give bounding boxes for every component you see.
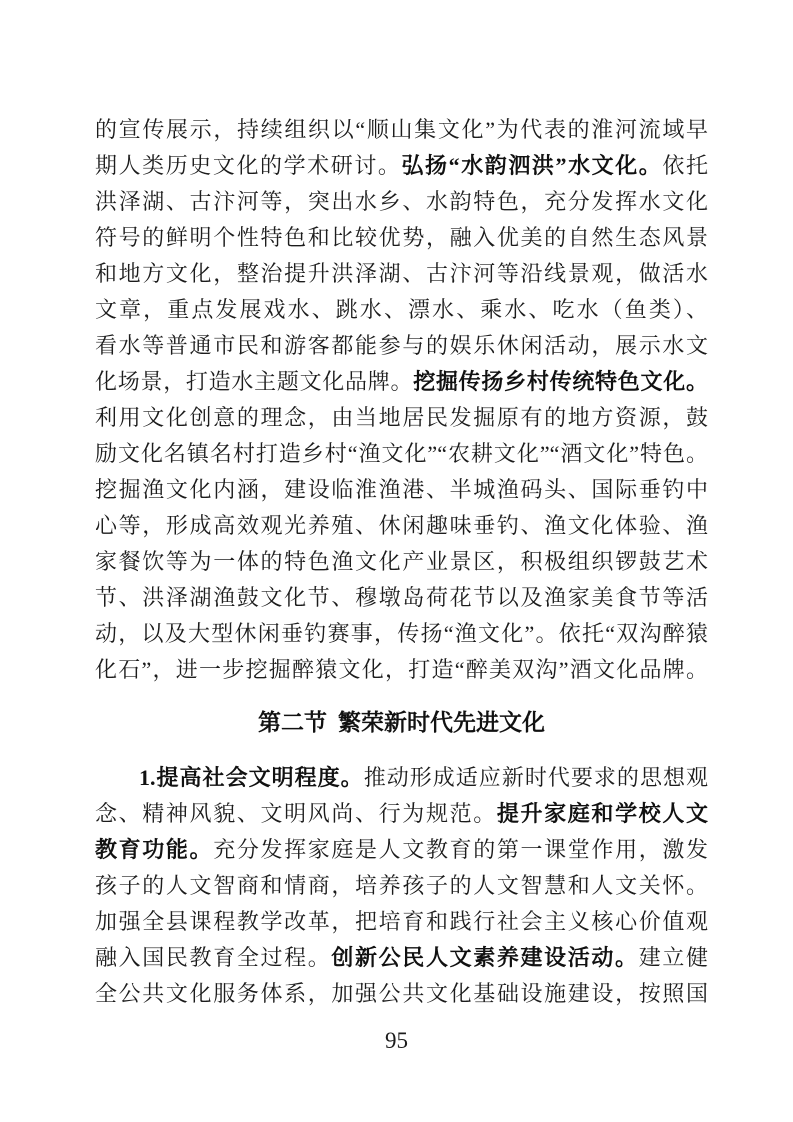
text-line: 加强全县课程教学改革，把培育和践行社会主义核心价值观 [95, 904, 708, 940]
text-run: 化场景，打造水主题文化品牌。 [95, 369, 413, 394]
paragraph-civilization: 1.提高社会文明程度。推动形成适应新时代要求的思想观念、精神风貌、文明风尚、行为… [95, 760, 708, 1012]
text-line: 文章，重点发展戏水、跳水、漂水、乘水、吃水（鱼类）、 [95, 292, 708, 328]
text-line: 心等，形成高效观光养殖、休闲趣味垂钓、渔文化体验、渔 [95, 508, 708, 544]
text-run: 依托 [662, 153, 708, 178]
text-line: 1.提高社会文明程度。推动形成适应新时代要求的思想观 [95, 760, 708, 796]
text-line: 利用文化创意的理念，由当地居民发掘原有的地方资源，鼓 [95, 400, 708, 436]
section-title: 繁荣新时代先进文化 [338, 710, 545, 735]
text-run: 的宣传展示，持续组织以“顺山集文化”为代表的淮河流域早 [95, 117, 708, 142]
text-line: 化场景，打造水主题文化品牌。挖掘传扬乡村传统特色文化。 [95, 364, 708, 400]
document-page: 的宣传展示，持续组织以“顺山集文化”为代表的淮河流域早期人类历史文化的学术研讨。… [0, 0, 793, 1122]
text-run: 加强全县课程教学改革，把培育和践行社会主义核心价值观 [95, 909, 708, 934]
text-line: 孩子的人文智商和情商，培养孩子的人文智慧和人文关怀。 [95, 868, 708, 904]
text-line: 符号的鲜明个性特色和比较优势，融入优美的自然生态风景 [95, 220, 708, 256]
text-line: 化石”，进一步挖掘醉猿文化，打造“醉美双沟”酒文化品牌。 [95, 652, 708, 688]
emphasis-run: 1.提高社会文明程度。 [139, 765, 364, 790]
text-line: 教育功能。充分发挥家庭是人文教育的第一课堂作用，激发 [95, 832, 708, 868]
emphasis-run: 挖掘传扬乡村传统特色文化。 [413, 369, 708, 394]
text-run: 家餐饮等为一体的特色渔文化产业景区，积极组织锣鼓艺术 [95, 549, 708, 574]
paragraph-water-culture: 的宣传展示，持续组织以“顺山集文化”为代表的淮河流域早期人类历史文化的学术研讨。… [95, 112, 708, 688]
emphasis-run: 创新公民人文素养建设活动。 [331, 945, 638, 970]
text-run: 孩子的人文智商和情商，培养孩子的人文智慧和人文关怀。 [95, 873, 708, 898]
text-run: 推动形成适应新时代要求的思想观 [364, 765, 708, 790]
text-line: 看水等普通市民和游客都能参与的娱乐休闲活动，展示水文 [95, 328, 708, 364]
text-run: 和地方文化，整治提升洪泽湖、古汴河等沿线景观，做活水 [95, 261, 708, 286]
section-label: 第二节 [258, 710, 327, 735]
text-run: 建立健 [639, 945, 708, 970]
page-body: 的宣传展示，持续组织以“顺山集文化”为代表的淮河流域早期人类历史文化的学术研讨。… [95, 112, 708, 1012]
text-line: 念、精神风貌、文明风尚、行为规范。提升家庭和学校人文 [95, 796, 708, 832]
text-run: 融入国民教育全过程。 [95, 945, 331, 970]
text-run: 利用文化创意的理念，由当地居民发掘原有的地方资源，鼓 [95, 405, 708, 430]
text-run: 全公共文化服务体系，加强公共文化基础设施建设，按照国 [95, 981, 708, 1006]
text-run: 挖掘渔文化内涵，建设临淮渔港、半城渔码头、国际垂钓中 [95, 477, 708, 502]
text-line: 全公共文化服务体系，加强公共文化基础设施建设，按照国 [95, 976, 708, 1012]
text-run: 化石”，进一步挖掘醉猿文化，打造“醉美双沟”酒文化品牌。 [95, 657, 708, 682]
text-run: 看水等普通市民和游客都能参与的娱乐休闲活动，展示水文 [95, 333, 708, 358]
text-run: 文章，重点发展戏水、跳水、漂水、乘水、吃水（鱼类）、 [95, 297, 708, 322]
text-line: 励文化名镇名村打造乡村“渔文化”“农耕文化”“酒文化”特色。 [95, 436, 708, 472]
section-heading: 第二节繁荣新时代先进文化 [95, 705, 708, 741]
emphasis-run: 提升家庭和学校人文 [497, 801, 708, 826]
text-run: 心等，形成高效观光养殖、休闲趣味垂钓、渔文化体验、渔 [95, 513, 708, 538]
text-run: 洪泽湖、古汴河等，突出水乡、水韵特色，充分发挥水文化 [95, 189, 708, 214]
text-line: 洪泽湖、古汴河等，突出水乡、水韵特色，充分发挥水文化 [95, 184, 708, 220]
text-line: 动，以及大型休闲垂钓赛事，传扬“渔文化”。依托“双沟醉猿 [95, 616, 708, 652]
emphasis-run: 弘扬“水韵泗洪”水文化。 [401, 153, 662, 178]
text-run: 动，以及大型休闲垂钓赛事，传扬“渔文化”。依托“双沟醉猿 [95, 621, 708, 646]
text-line: 的宣传展示，持续组织以“顺山集文化”为代表的淮河流域早 [95, 112, 708, 148]
emphasis-run: 教育功能。 [95, 837, 213, 862]
text-run: 念、精神风貌、文明风尚、行为规范。 [95, 801, 497, 826]
text-line: 家餐饮等为一体的特色渔文化产业景区，积极组织锣鼓艺术 [95, 544, 708, 580]
text-line: 融入国民教育全过程。创新公民人文素养建设活动。建立健 [95, 940, 708, 976]
text-run: 期人类历史文化的学术研讨。 [95, 153, 401, 178]
text-run: 节、洪泽湖渔鼓文化节、穆墩岛荷花节以及渔家美食节等活 [95, 585, 708, 610]
text-line: 期人类历史文化的学术研讨。弘扬“水韵泗洪”水文化。依托 [95, 148, 708, 184]
text-run: 充分发挥家庭是人文教育的第一课堂作用，激发 [213, 837, 708, 862]
text-run: 励文化名镇名村打造乡村“渔文化”“农耕文化”“酒文化”特色。 [95, 441, 708, 466]
text-line: 节、洪泽湖渔鼓文化节、穆墩岛荷花节以及渔家美食节等活 [95, 580, 708, 616]
text-line: 和地方文化，整治提升洪泽湖、古汴河等沿线景观，做活水 [95, 256, 708, 292]
page-number: 95 [0, 1028, 793, 1054]
text-line: 挖掘渔文化内涵，建设临淮渔港、半城渔码头、国际垂钓中 [95, 472, 708, 508]
text-run: 符号的鲜明个性特色和比较优势，融入优美的自然生态风景 [95, 225, 708, 250]
